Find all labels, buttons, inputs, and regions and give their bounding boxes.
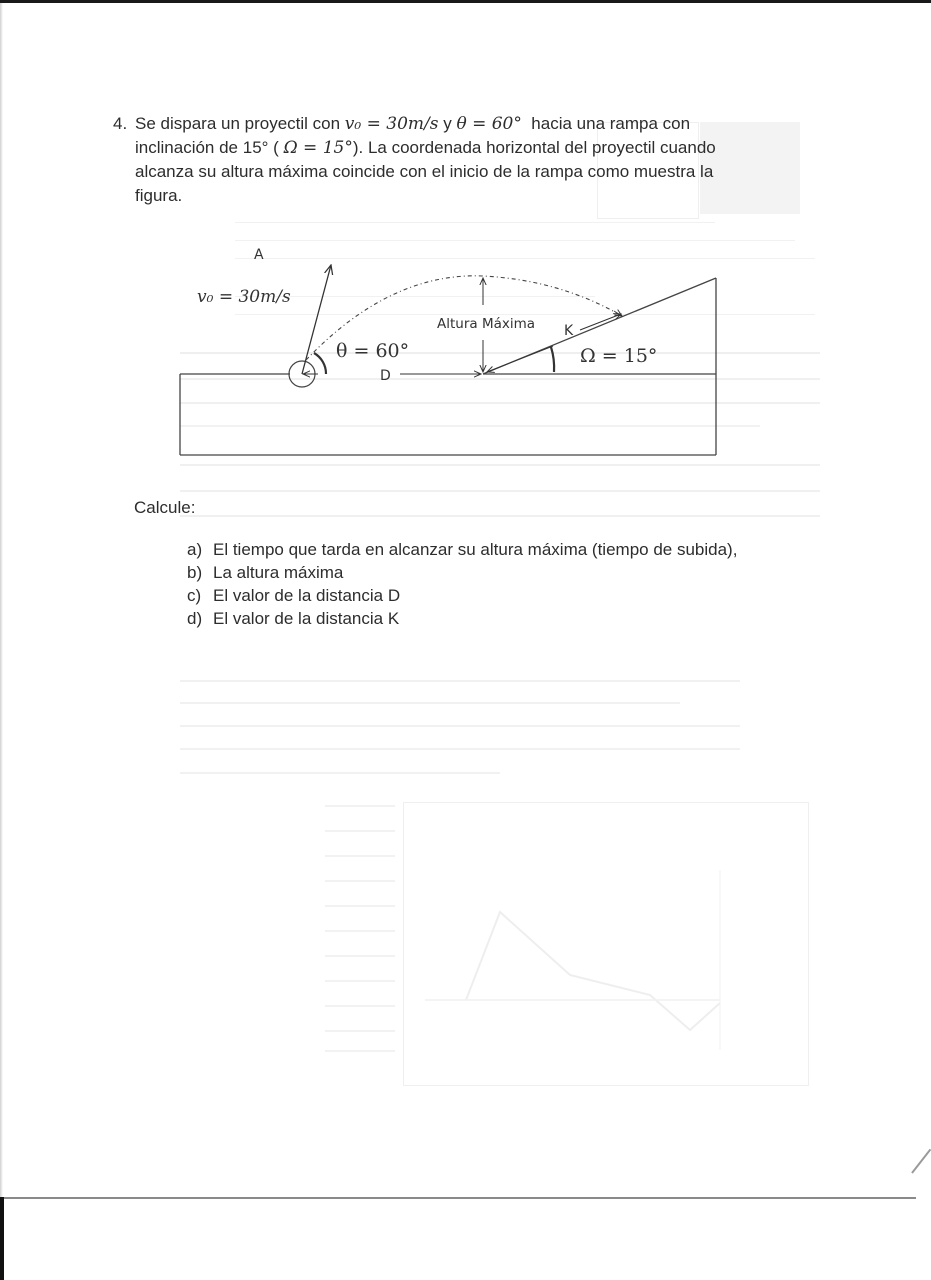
problem-text-segment: hacia una rampa con <box>522 114 690 133</box>
task-item: c)El valor de la distancia D <box>187 584 737 607</box>
ground-block <box>180 278 716 455</box>
task-list: a)El tiempo que tarda en alcanzar su alt… <box>187 538 737 630</box>
task-text: La altura máxima <box>213 561 343 584</box>
bleed-through-lines <box>180 748 740 750</box>
initial-velocity-expression: v₀ = 30m/s <box>345 114 439 134</box>
bleed-through-lines <box>235 314 815 315</box>
bleed-through-lines <box>325 955 395 957</box>
calcule-heading: Calcule: <box>134 498 195 518</box>
bleed-through-lines <box>235 296 595 297</box>
label-max-height: Altura Máxima <box>437 316 535 332</box>
problem-line-2: inclinación de 15° ( Ω = 15°). La coorde… <box>135 136 775 160</box>
bleed-through-lines <box>180 425 760 427</box>
launch-angle-expression: θ = 60° <box>456 114 521 134</box>
theta-angle-arc <box>314 353 326 374</box>
bleed-through-lines <box>180 725 740 727</box>
bleed-through-lines <box>235 240 795 241</box>
task-item: a)El tiempo que tarda en alcanzar su alt… <box>187 538 737 561</box>
problem-line-1: Se dispara un proyectil con v₀ = 30m/s y… <box>135 112 775 136</box>
projectile-trajectory <box>306 276 622 360</box>
bleed-through-chart-frame <box>403 802 809 1086</box>
problem-number: 4. <box>113 112 127 136</box>
bleed-through-lines <box>235 222 715 223</box>
distance-k-arrow-upper <box>580 314 621 330</box>
scan-top-edge <box>0 0 931 3</box>
problem-line-3: alcanza su altura máxima coincide con el… <box>135 160 775 184</box>
label-distance-k: K <box>564 323 574 339</box>
label-omega: Ω = 15° <box>580 345 657 367</box>
problem-text-segment: inclinación de 15° ( <box>135 138 284 157</box>
bleed-through-lines <box>180 378 820 380</box>
label-distance-d: D <box>380 368 391 384</box>
launch-point-circle <box>289 361 315 387</box>
label-initial-velocity: v₀ = 30m/s <box>197 287 291 307</box>
bleed-through-lines <box>325 1050 395 1052</box>
bleed-through-lines <box>180 352 820 354</box>
bleed-through-lines <box>180 490 820 492</box>
omega-angle-arc <box>551 347 554 372</box>
bleed-through-lines <box>325 1005 395 1007</box>
distance-k-arrow-lower <box>487 346 553 372</box>
bleed-through-lines <box>325 830 395 832</box>
bleed-through-lines <box>325 905 395 907</box>
problem-text-segment: Se dispara un proyectil con <box>135 114 345 133</box>
task-letter: d) <box>187 607 213 630</box>
bleed-through-lines <box>325 980 395 982</box>
bleed-through-lines <box>325 805 395 807</box>
task-letter: c) <box>187 584 213 607</box>
problem-text-segment: ). La coordenada horizontal del proyecti… <box>353 138 716 157</box>
bleed-through-lines <box>180 464 820 466</box>
bleed-through-lines <box>180 702 680 704</box>
bleed-through-lines <box>325 930 395 932</box>
problem-text: Se dispara un proyectil con v₀ = 30m/s y… <box>135 112 775 208</box>
task-text: El valor de la distancia K <box>213 607 399 630</box>
label-a: A <box>254 247 264 263</box>
scan-left-shadow <box>0 3 3 1197</box>
bleed-through-lines <box>325 880 395 882</box>
bleed-through-lines <box>180 772 500 774</box>
problem-text-segment: y <box>438 114 456 133</box>
label-theta: θ = 60° <box>336 340 409 362</box>
page-bottom-edge <box>4 1197 916 1199</box>
bleed-through-lines <box>180 515 820 517</box>
scan-left-strip <box>0 1197 4 1280</box>
bleed-through-lines <box>180 402 820 404</box>
page-folded-corner <box>911 1149 931 1174</box>
task-item: b)La altura máxima <box>187 561 737 584</box>
bleed-through-lines <box>235 258 815 259</box>
task-item: d)El valor de la distancia K <box>187 607 737 630</box>
bleed-through-lines <box>325 1030 395 1032</box>
task-text: El valor de la distancia D <box>213 584 400 607</box>
bleed-through-lines <box>180 680 740 682</box>
task-text: El tiempo que tarda en alcanzar su altur… <box>213 538 737 561</box>
ramp-angle-expression: Ω = 15° <box>284 138 353 158</box>
task-letter: b) <box>187 561 213 584</box>
bleed-through-lines <box>325 855 395 857</box>
velocity-vector-arrow <box>302 265 331 374</box>
task-letter: a) <box>187 538 213 561</box>
ramp-surface <box>483 278 716 374</box>
problem-line-4: figura. <box>135 184 775 208</box>
